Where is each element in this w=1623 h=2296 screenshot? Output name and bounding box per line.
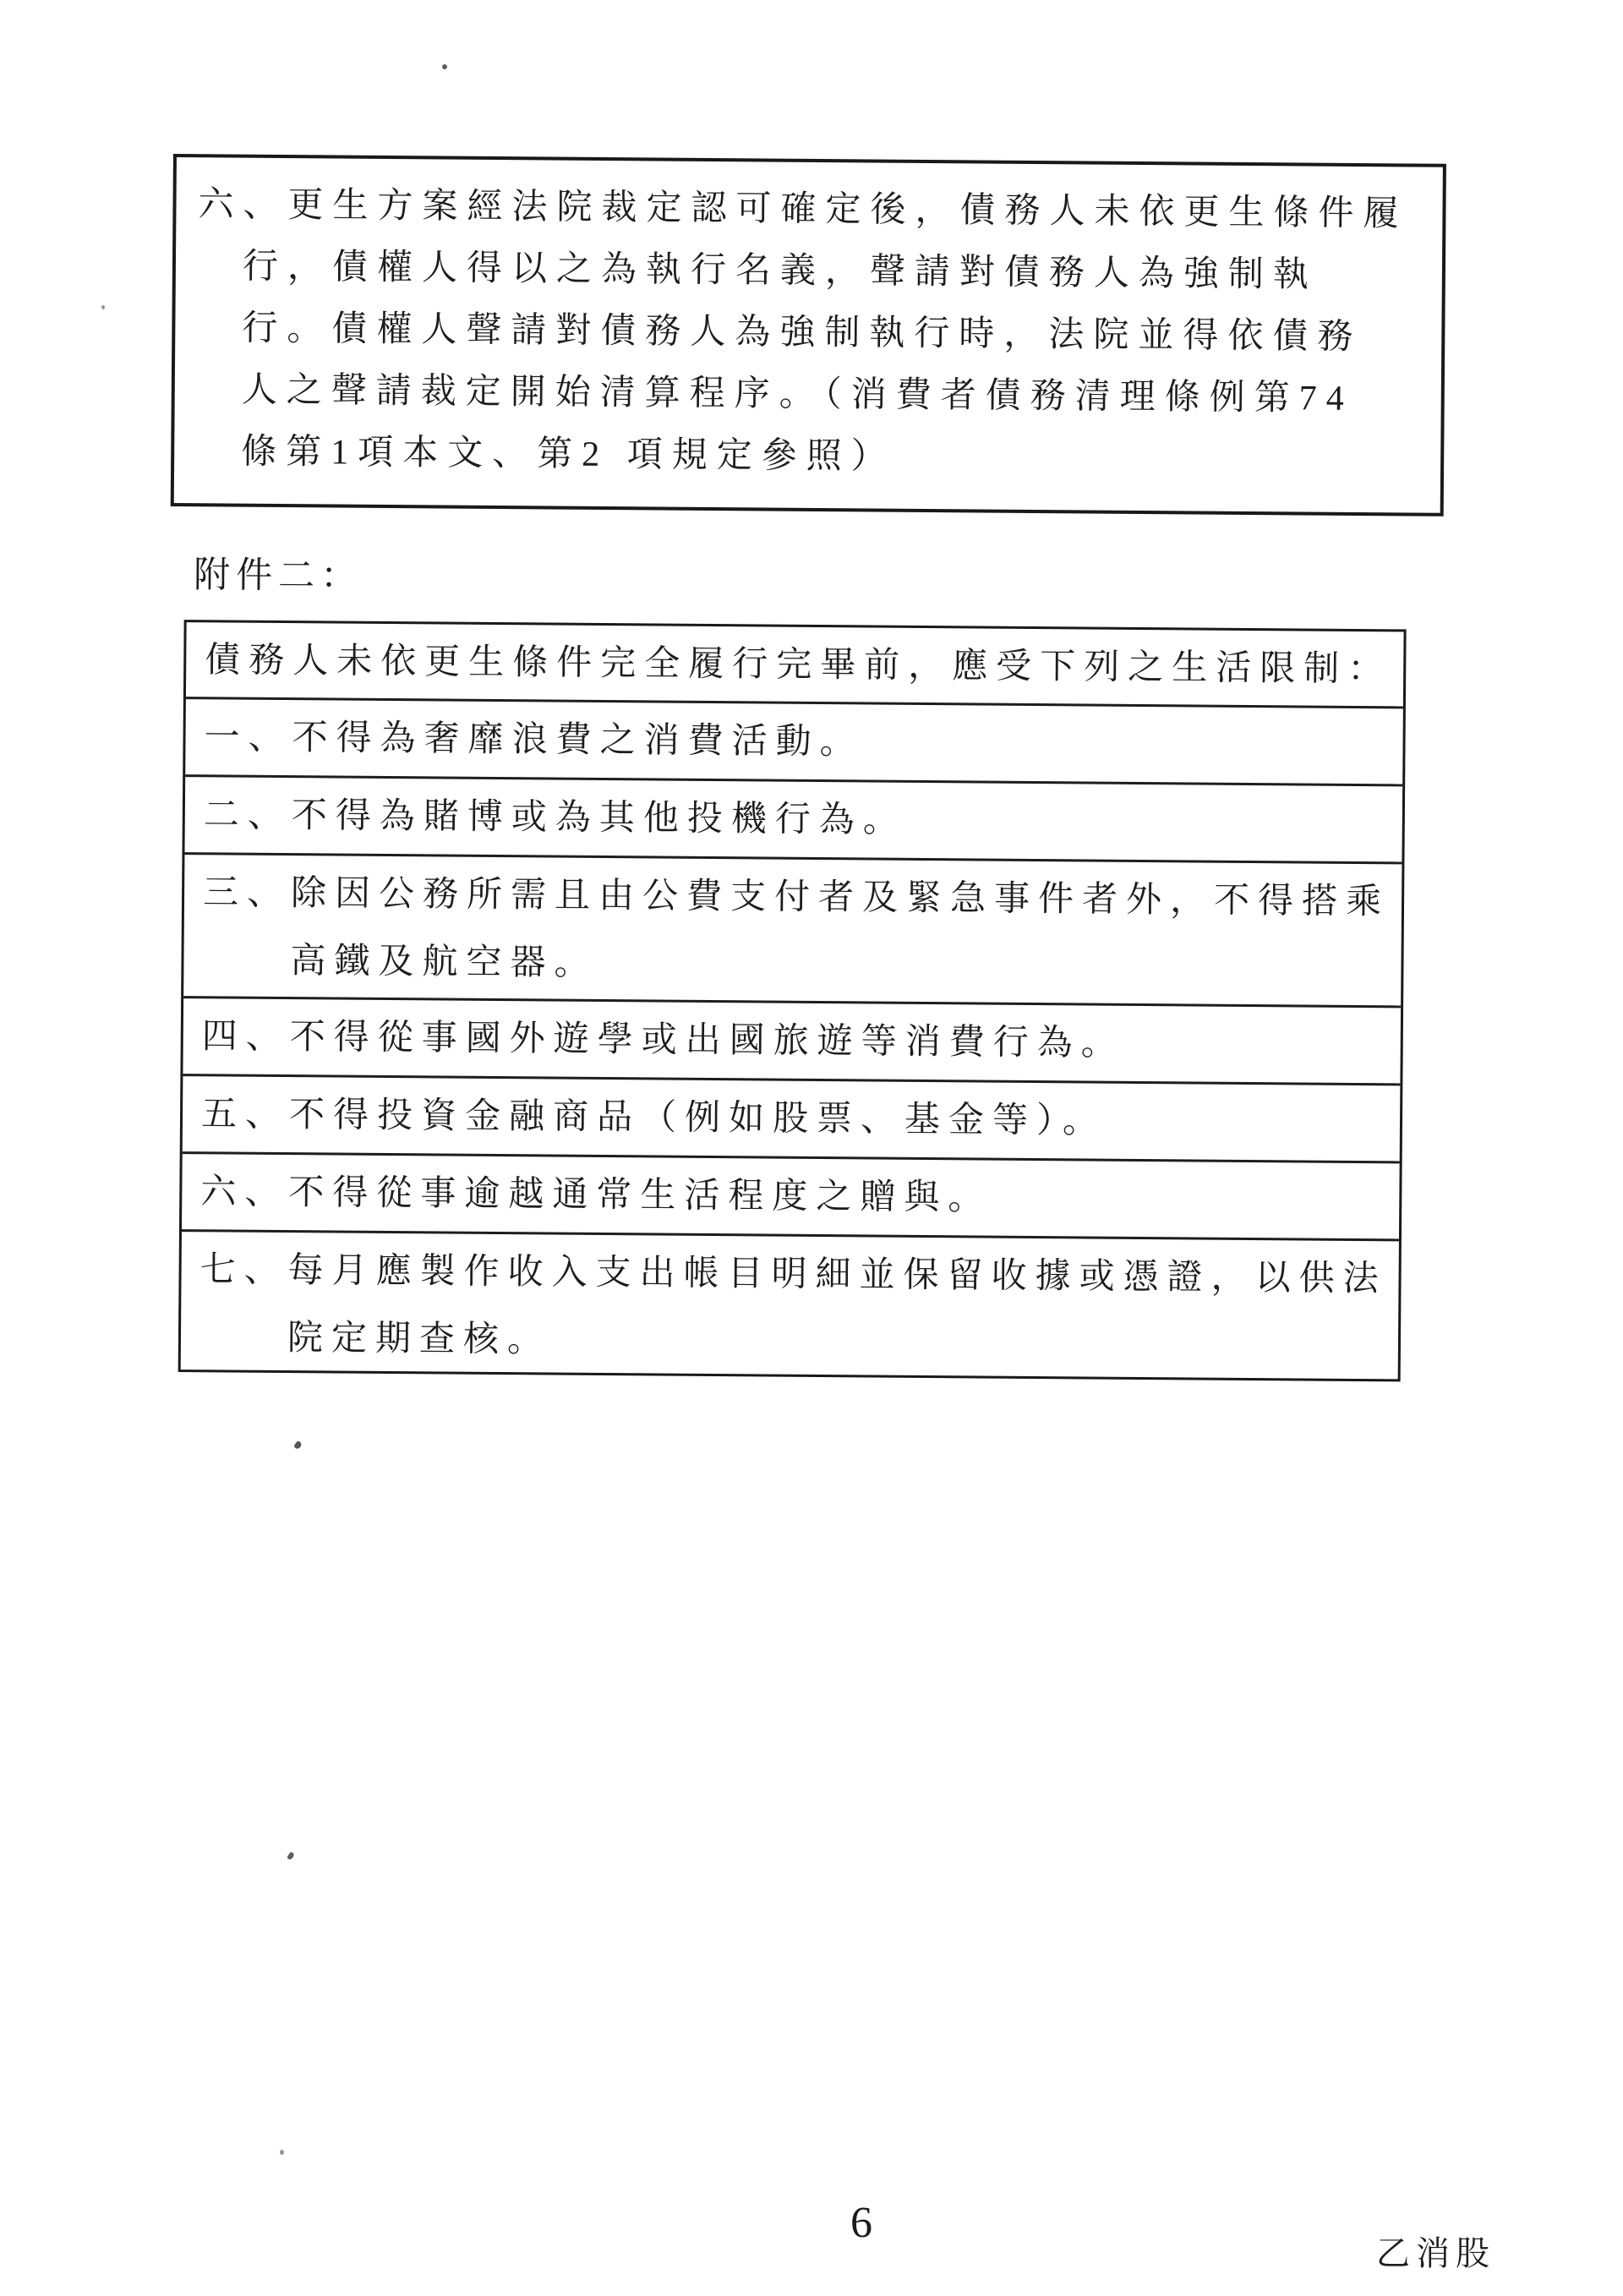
table-row: 三、除因公務所需且由公費支付者及緊急事件者外，不得搭乘 高鐵及航空器。 [183,852,1402,1005]
page-number: 6 [850,2198,872,2248]
table-row: 五、不得投資金融商品（例如股票、基金等）。 [183,1074,1401,1161]
footer-stamp: 乙消股 [1376,2227,1495,2275]
table-row-text: 院定期查核。 [287,1304,1392,1379]
table-row-text: 四、不得從事國外遊學或出國旅遊等消費行為。 [201,1003,1394,1080]
table-row: 四、不得從事國外遊學或出國旅遊等消費行為。 [183,996,1401,1083]
table-row: 一、不得為奢靡浪費之消費活動。 [185,697,1403,784]
table-row-text: 五、不得投資金融商品（例如股票、基金等）。 [201,1080,1394,1157]
table-row: 七、每月應製作收入支出帳目明細並保留收據或憑證，以供法 院定期查核。 [181,1229,1399,1379]
table-row-text: 高鐵及航空器。 [290,927,1395,1003]
table-row: 六、不得從事逾越通常生活程度之贈與。 [182,1151,1400,1238]
table-row: 二、不得為賭博或為其他投機行為。 [184,774,1402,861]
table-row-text: 七、每月應製作收入支出帳目明細並保留收據或憑證，以供法 [199,1236,1392,1313]
table-header-text: 債務人未依更生條件完全履行完畢前，應受下列之生活限制： [205,626,1397,703]
notice-line: 行。債權人聲請對債務人為強制執行時，法院並得依債務 [242,298,1429,369]
restrictions-table: 債務人未依更生條件完全履行完畢前，應受下列之生活限制： 一、不得為奢靡浪費之消費… [178,620,1407,1381]
attachment-label: 附件二： [194,546,363,599]
notice-box: 六、更生方案經法院裁定認可確定後，債務人未依更生條件履 行，債權人得以之為執行名… [171,154,1446,517]
table-row-text: 六、不得從事逾越通常生活程度之贈與。 [200,1158,1393,1235]
table-header-row: 債務人未依更生條件完全履行完畢前，應受下列之生活限制： [186,622,1404,706]
scan-artifact [101,305,105,309]
table-row-text: 一、不得為奢靡浪費之消費活動。 [204,703,1396,780]
table-row-text: 三、除因公務所需且由公費支付者及緊急事件者外，不得搭乘 [203,859,1396,936]
notice-line: 六、更生方案經法院裁定認可確定後，債務人未依更生條件履 [198,174,1429,245]
scan-artifact [287,1851,295,1861]
scan-artifact [442,64,447,69]
table-row-text: 二、不得為賭博或為其他投機行為。 [204,781,1396,858]
notice-line: 條第1項本文、第2 項規定參照） [241,422,1428,493]
scan-content-area: 六、更生方案經法院裁定認可確定後，債務人未依更生條件履 行，債權人得以之為執行名… [0,0,1623,1533]
scan-artifact [280,2150,284,2155]
notice-line: 行，債權人得以之為執行名義，聲請對債務人為強制執 [243,237,1429,308]
scanned-document-page: 六、更生方案經法院裁定認可確定後，債務人未依更生條件履 行，債權人得以之為執行名… [0,0,1623,2296]
notice-line: 人之聲請裁定開始清算程序。（消費者債務清理條例第74 [242,360,1429,431]
